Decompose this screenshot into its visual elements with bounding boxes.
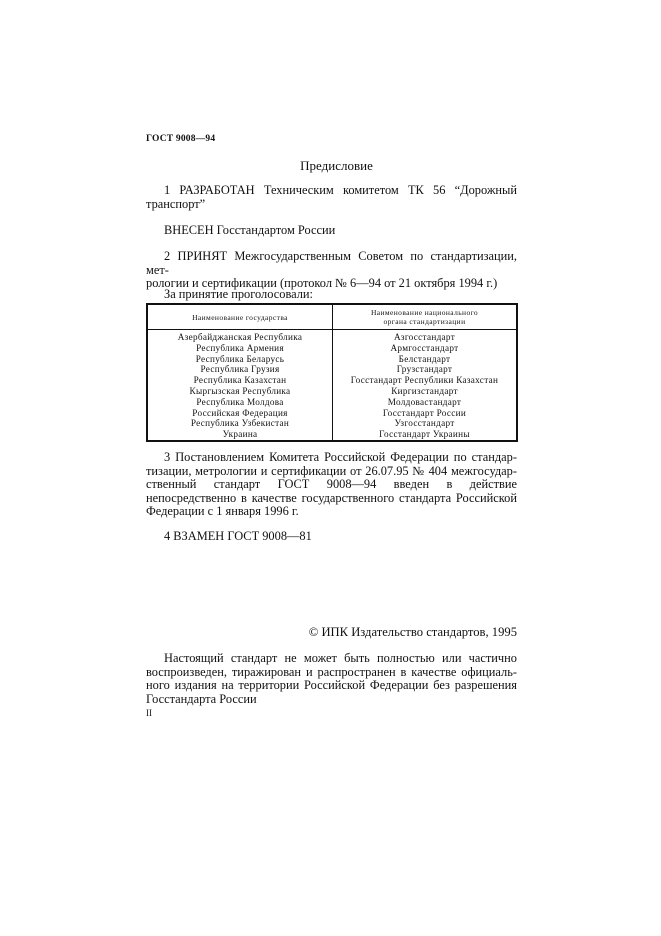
page-number: II bbox=[146, 708, 152, 718]
votes-intro: За принятие проголосовали: bbox=[146, 288, 517, 302]
table-header-row: Наименование государства Наименование на… bbox=[147, 304, 517, 330]
text-line: 3 Постановлением Комитета Российской Фед… bbox=[146, 451, 517, 465]
standards-body-cell: Киргизстандарт bbox=[333, 386, 518, 397]
table-row: Республика МолдоваМолдовастандарт bbox=[147, 397, 517, 408]
state-name-cell: Республика Беларусь bbox=[147, 354, 333, 365]
text-line: Федерации с 1 января 1996 г. bbox=[146, 505, 517, 519]
text-line: Настоящий стандарт не может быть полност… bbox=[146, 652, 517, 666]
standards-body-cell: Белстандарт bbox=[333, 354, 518, 365]
standards-body-cell: Госстандарт Украины bbox=[333, 429, 518, 441]
state-name-cell: Российская Федерация bbox=[147, 408, 333, 419]
standards-body-cell: Госстандарт России bbox=[333, 408, 518, 419]
page-title: Предисловие bbox=[0, 158, 661, 174]
table-row: УкраинаГосстандарт Украины bbox=[147, 429, 517, 441]
standards-body-cell: Молдовастандарт bbox=[333, 397, 518, 408]
section-2-adopted: 2 ПРИНЯТ Межгосударственным Советом по с… bbox=[146, 250, 517, 291]
text-line: 2 ПРИНЯТ Межгосударственным Советом по с… bbox=[146, 250, 517, 277]
table-row: Кыргызская РеспубликаКиргизстандарт bbox=[147, 386, 517, 397]
table-row: Азербайджанская РеспубликаАзгосстандарт bbox=[147, 330, 517, 343]
reproduction-notice: Настоящий стандарт не может быть полност… bbox=[146, 652, 517, 706]
state-name-cell: Республика Грузия bbox=[147, 364, 333, 375]
standards-body-cell: Грузстандарт bbox=[333, 364, 518, 375]
voting-states-table: Наименование государства Наименование на… bbox=[146, 303, 518, 442]
state-name-cell: Республика Армения bbox=[147, 343, 333, 354]
section-1-introduced-by: ВНЕСЕН Госстандартом России bbox=[146, 224, 517, 238]
text-line: воспроизведен, тиражирован и распростран… bbox=[146, 666, 517, 680]
state-name-cell: Кыргызская Республика bbox=[147, 386, 333, 397]
text-line: ного издания на территории Российской Фе… bbox=[146, 679, 517, 693]
text-line: транспорт” bbox=[146, 198, 517, 212]
table-row: Республика АрменияАрмгосстандарт bbox=[147, 343, 517, 354]
standards-body-cell: Госстандарт Республики Казахстан bbox=[333, 375, 518, 386]
table-row: Республика УзбекистанУзгосстандарт bbox=[147, 418, 517, 429]
copyright-notice: © ИПК Издательство стандартов, 1995 bbox=[146, 625, 517, 640]
state-name-cell: Республика Молдова bbox=[147, 397, 333, 408]
text-line: ственный стандарт ГОСТ 9008—94 введен в … bbox=[146, 478, 517, 492]
state-name-cell: Азербайджанская Республика bbox=[147, 330, 333, 343]
state-name-cell: Республика Казахстан bbox=[147, 375, 333, 386]
state-name-cell: Украина bbox=[147, 429, 333, 441]
table-row: Республика ГрузияГрузстандарт bbox=[147, 364, 517, 375]
standards-body-cell: Армгосстандарт bbox=[333, 343, 518, 354]
standards-body-cell: Азгосстандарт bbox=[333, 330, 518, 343]
text-line: Госстандарта России bbox=[146, 693, 517, 707]
column-header-standards-body: Наименование национального органа станда… bbox=[333, 304, 518, 330]
text-line: 1 РАЗРАБОТАН Техническим комитетом ТК 56… bbox=[146, 184, 517, 198]
state-name-cell: Республика Узбекистан bbox=[147, 418, 333, 429]
table-row: Республика БеларусьБелстандарт bbox=[147, 354, 517, 365]
table-row: Российская ФедерацияГосстандарт России bbox=[147, 408, 517, 419]
section-3-resolution: 3 Постановлением Комитета Российской Фед… bbox=[146, 451, 517, 519]
text-line: непосредственно в качестве государственн… bbox=[146, 492, 517, 506]
section-4-replaces: 4 ВЗАМЕН ГОСТ 9008—81 bbox=[146, 530, 517, 544]
column-header-state: Наименование государства bbox=[147, 304, 333, 330]
document-code-header: ГОСТ 9008—94 bbox=[146, 134, 215, 144]
section-1-developed-by: 1 РАЗРАБОТАН Техническим комитетом ТК 56… bbox=[146, 184, 517, 211]
standards-body-cell: Узгосстандарт bbox=[333, 418, 518, 429]
table-row: Республика КазахстанГосстандарт Республи… bbox=[147, 375, 517, 386]
text-line: тизации, метрологии и сертификации от 26… bbox=[146, 465, 517, 479]
